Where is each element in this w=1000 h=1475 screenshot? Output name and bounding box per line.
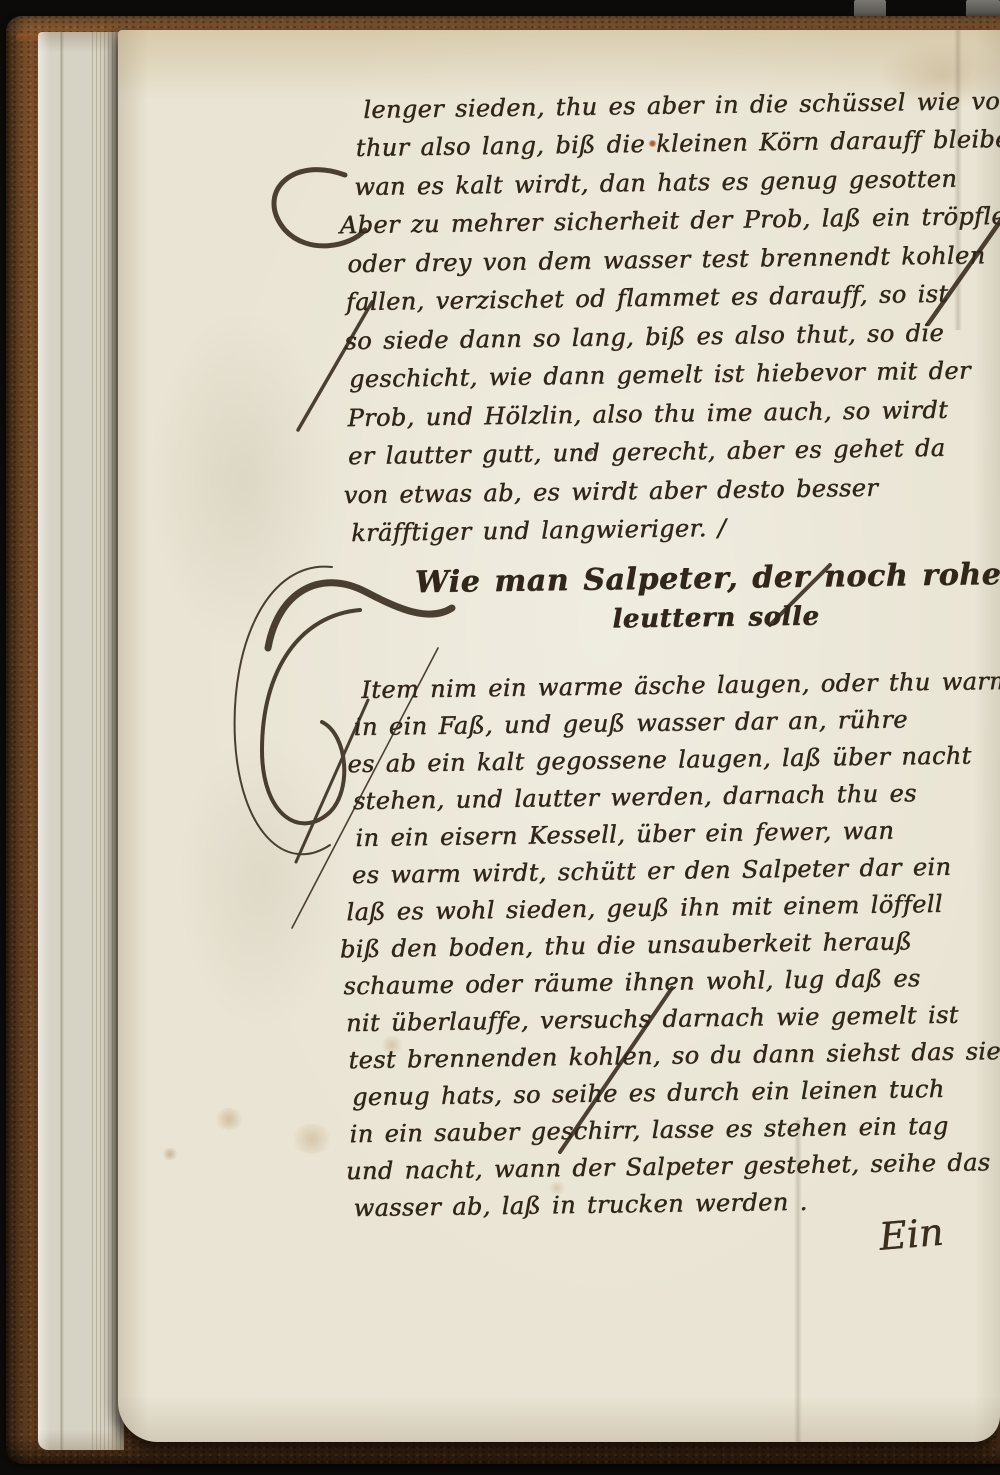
manuscript-line: fallen, verzischet od flammet es darauff… xyxy=(346,280,949,316)
manuscript-line: wan es kalt wirdt, dan hats es genug ges… xyxy=(354,165,957,201)
manuscript-line: biß den boden, thu die unsauberkeit hera… xyxy=(340,927,912,963)
manuscript-line: geschicht, wie dann gemelt ist hiebevor … xyxy=(349,356,971,393)
manuscript-line: Prob, und Hölzlin, also thu ime auch, so… xyxy=(347,396,948,432)
manuscript-line: Item nim ein warme äsche laugen, oder th… xyxy=(361,667,1000,704)
manuscript-line: Aber zu mehrer sicherheit der Prob, laß … xyxy=(340,202,1000,240)
manuscript-line: und nacht, wann der Salpeter gestehet, s… xyxy=(346,1148,991,1185)
manuscript-line: nit überlauffe, versuchs darnach wie gem… xyxy=(346,1001,959,1038)
manuscript-line: in ein eisern Kessell, über ein fewer, w… xyxy=(355,817,894,853)
manuscript-line: genug hats, so seihe es durch ein leinen… xyxy=(352,1075,945,1111)
manuscript-line: stehen, und lautter werden, darnach thu … xyxy=(353,779,917,815)
section-heading-line2: leuttern solle xyxy=(612,602,820,635)
manuscript-line: test brennenden kohlen, so du dann siehs… xyxy=(348,1037,1000,1074)
manuscript-page: lenger sieden, thu es aber in die schüss… xyxy=(118,30,1000,1442)
manuscript-line: laß es wohl sieden, geuß ihn mit einem l… xyxy=(346,890,943,926)
manuscript-line: oder drey von dem wasser test brennendt … xyxy=(347,241,985,278)
manuscript-line: in ein Faß, und geuß wasser dar an, rühr… xyxy=(354,705,908,741)
manuscript-line: er lautter gutt, und gerecht, aber es ge… xyxy=(348,434,946,470)
page-edge-stack xyxy=(38,32,124,1450)
manuscript-line: so siede dann so lang, biß es also thut,… xyxy=(344,319,944,355)
manuscript-line: kräfftiger und langwieriger. / xyxy=(351,514,726,547)
manuscript-line: wasser ab, laß in trucken werden . xyxy=(353,1188,807,1222)
section-heading-line1: Wie man Salpeter, der noch rohe ist xyxy=(415,556,1000,600)
manuscript-line: schaume oder räume ihnen wohl, lug daß e… xyxy=(343,964,920,1000)
manuscript-line: lenger sieden, thu es aber in die schüss… xyxy=(363,86,1000,124)
photo-background: lenger sieden, thu es aber in die schüss… xyxy=(0,0,1000,1475)
handwritten-text-block: lenger sieden, thu es aber in die schüss… xyxy=(118,30,1000,1442)
manuscript-line: thur also lang, biß die kleinen Körn dar… xyxy=(356,125,1000,162)
manuscript-line: es warm wirdt, schütt er den Salpeter da… xyxy=(352,853,952,889)
manuscript-line: von etwas ab, es wirdt aber desto besser xyxy=(343,474,878,509)
manuscript-line: in ein sauber geschirr, lasse es stehen … xyxy=(349,1112,948,1148)
manuscript-line: es ab ein kalt gegossene laugen, laß übe… xyxy=(347,741,972,778)
catchword: Ein xyxy=(877,1210,945,1259)
